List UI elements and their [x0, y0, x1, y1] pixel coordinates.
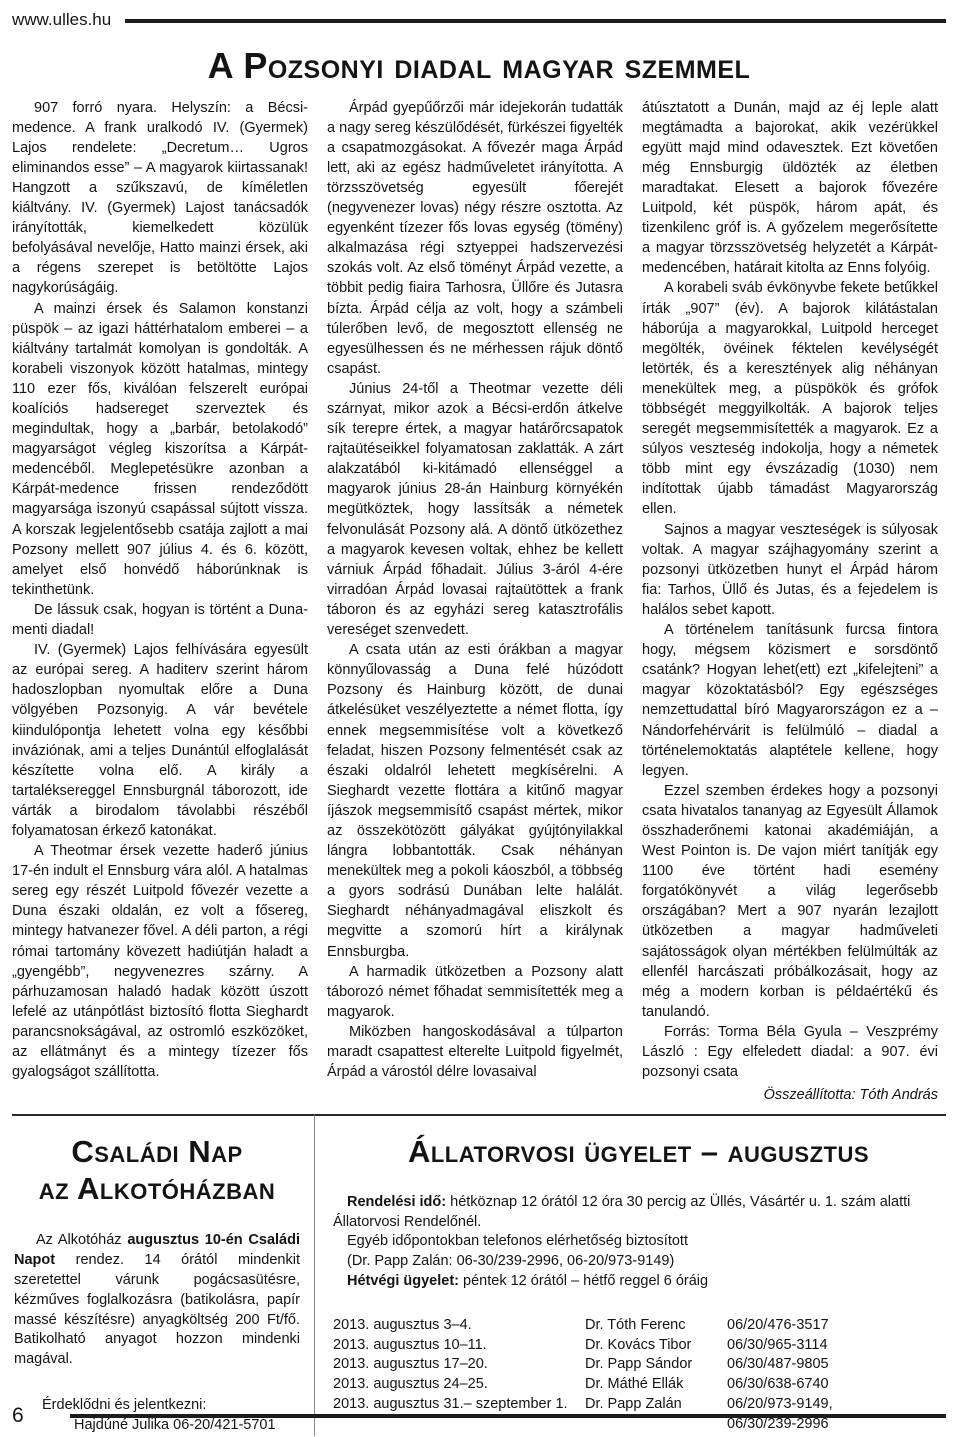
- masthead-rule: [125, 19, 946, 23]
- schedule-row: 2013. augusztus 24–25. Dr. Máthé Ellák 0…: [333, 1375, 944, 1395]
- article-columns: 907 forró nyara. Helyszín: a Bécsi-meden…: [12, 98, 946, 1106]
- bottom-sections: Családi Nap az Alkotóházban Az Alkotóház…: [12, 1114, 946, 1435]
- article-paragraph: 907 forró nyara. Helyszín: a Bécsi-meden…: [12, 98, 308, 299]
- site-url: www.ulles.hu: [12, 10, 111, 30]
- schedule-row: 2013. augusztus 10–11. Dr. Kovács Tibor …: [333, 1336, 944, 1356]
- allatorvosi-rendelesi: Rendelési idő: hétköznap 12 órától 12 ór…: [333, 1193, 944, 1233]
- article-column-2: Árpád gyepűőrzői már idejekorán tudatták…: [327, 98, 623, 1106]
- allatorvosi-title: Állatorvosi ügyelet – augusztus: [333, 1134, 944, 1171]
- csaladi-nap-title-line1: Családi Nap: [71, 1134, 242, 1169]
- schedule-phone: 06/20/476-3517: [727, 1316, 887, 1336]
- article-paragraph: A harmadik ütközetben a Pozsony alatt tá…: [327, 962, 623, 1022]
- article-paragraph: A mainzi érsek és Salamon konstanzi püsp…: [12, 299, 308, 600]
- hetvegi-ugyelet-label: Hétvégi ügyelet:: [347, 1273, 459, 1289]
- footer-rule: [70, 1414, 946, 1418]
- schedule-date: 2013. augusztus 10–11.: [333, 1336, 585, 1356]
- csaladi-body-rest: rendez. 14 órától mindenkit szeretettel …: [14, 1252, 300, 1367]
- page-number: 6: [12, 1404, 24, 1428]
- allatorvosi-section: Állatorvosi ügyelet – augusztus Rendelés…: [315, 1114, 946, 1435]
- page-footer: 6: [12, 1403, 946, 1429]
- article-column-1: 907 forró nyara. Helyszín: a Bécsi-meden…: [12, 98, 308, 1106]
- article-paragraph: Forrás: Torma Béla Gyula – Veszprémy Lás…: [642, 1022, 938, 1082]
- rendelesi-ido-label: Rendelési idő:: [347, 1194, 446, 1210]
- article-byline: Összeállította: Tóth András: [642, 1085, 938, 1105]
- schedule-doctor: Dr. Tóth Ferenc: [585, 1316, 727, 1336]
- allatorvosi-hetvegi: Hétvégi ügyelet: péntek 12 órától – hétf…: [333, 1272, 944, 1292]
- article-paragraph: A csata után az esti órákban a magyar kö…: [327, 640, 623, 962]
- schedule-phone: 06/30/487-9805: [727, 1355, 887, 1375]
- article-paragraph: átúsztatott a Dunán, majd az éj leple al…: [642, 98, 938, 279]
- schedule-phone: 06/30/965-3114: [727, 1336, 887, 1356]
- article-paragraph: Június 24-től a Theotmar vezette déli sz…: [327, 379, 623, 640]
- article-paragraph: A történelem tanításunk furcsa fintora h…: [642, 620, 938, 781]
- article-paragraph: IV. (Gyermek) Lajos felhívására egyesült…: [12, 640, 308, 841]
- csaladi-nap-title: Családi Nap az Alkotóházban: [14, 1134, 300, 1207]
- hetvegi-ugyelet-text: péntek 12 órától – hétfő reggel 6 óráig: [459, 1273, 708, 1289]
- csaladi-body-prefix: Az Alkotóház: [36, 1232, 127, 1248]
- schedule-date: 2013. augusztus 3–4.: [333, 1316, 585, 1336]
- article-paragraph: A Theotmar érsek vezette haderő június 1…: [12, 841, 308, 1082]
- schedule-doctor: Dr. Papp Sándor: [585, 1355, 727, 1375]
- masthead: www.ulles.hu: [12, 10, 946, 30]
- newspaper-page: www.ulles.hu A Pozsonyi diadal magyar sz…: [0, 0, 960, 1437]
- article-title: A Pozsonyi diadal magyar szemmel: [12, 46, 946, 86]
- article-paragraph: Ezzel szemben érdekes hogy a pozsonyi cs…: [642, 781, 938, 1022]
- schedule-row: 2013. augusztus 3–4. Dr. Tóth Ferenc 06/…: [333, 1316, 944, 1336]
- schedule-phone: 06/30/638-6740: [727, 1375, 887, 1395]
- csaladi-nap-body: Az Alkotóház augusztus 10-én Családi Nap…: [14, 1231, 300, 1370]
- article-paragraph: A korabeli sváb évkönyvbe fekete betűkke…: [642, 278, 938, 519]
- schedule-date: 2013. augusztus 17–20.: [333, 1355, 585, 1375]
- article-paragraph: Sajnos a magyar veszteségek is súlyosak …: [642, 520, 938, 620]
- article-column-3: átúsztatott a Dunán, majd az éj leple al…: [642, 98, 938, 1106]
- article-paragraph: Miközben hangoskodásával a túlparton mar…: [327, 1022, 623, 1082]
- article-paragraph: Árpád gyepűőrzői már idejekorán tudatták…: [327, 98, 623, 379]
- csaladi-nap-section: Családi Nap az Alkotóházban Az Alkotóház…: [12, 1114, 315, 1435]
- allatorvosi-telefon: (Dr. Papp Zalán: 06-30/239-2996, 06-20/9…: [333, 1252, 944, 1272]
- article-paragraph: De lássuk csak, hogyan is történt a Duna…: [12, 600, 308, 640]
- schedule-doctor: Dr. Kovács Tibor: [585, 1336, 727, 1356]
- schedule-row: 2013. augusztus 17–20. Dr. Papp Sándor 0…: [333, 1355, 944, 1375]
- csaladi-nap-title-line2: az Alkotóházban: [39, 1171, 276, 1206]
- schedule-date: 2013. augusztus 24–25.: [333, 1375, 585, 1395]
- allatorvosi-egyeb: Egyéb időpontokban telefonos elérhetőség…: [333, 1232, 944, 1252]
- schedule-doctor: Dr. Máthé Ellák: [585, 1375, 727, 1395]
